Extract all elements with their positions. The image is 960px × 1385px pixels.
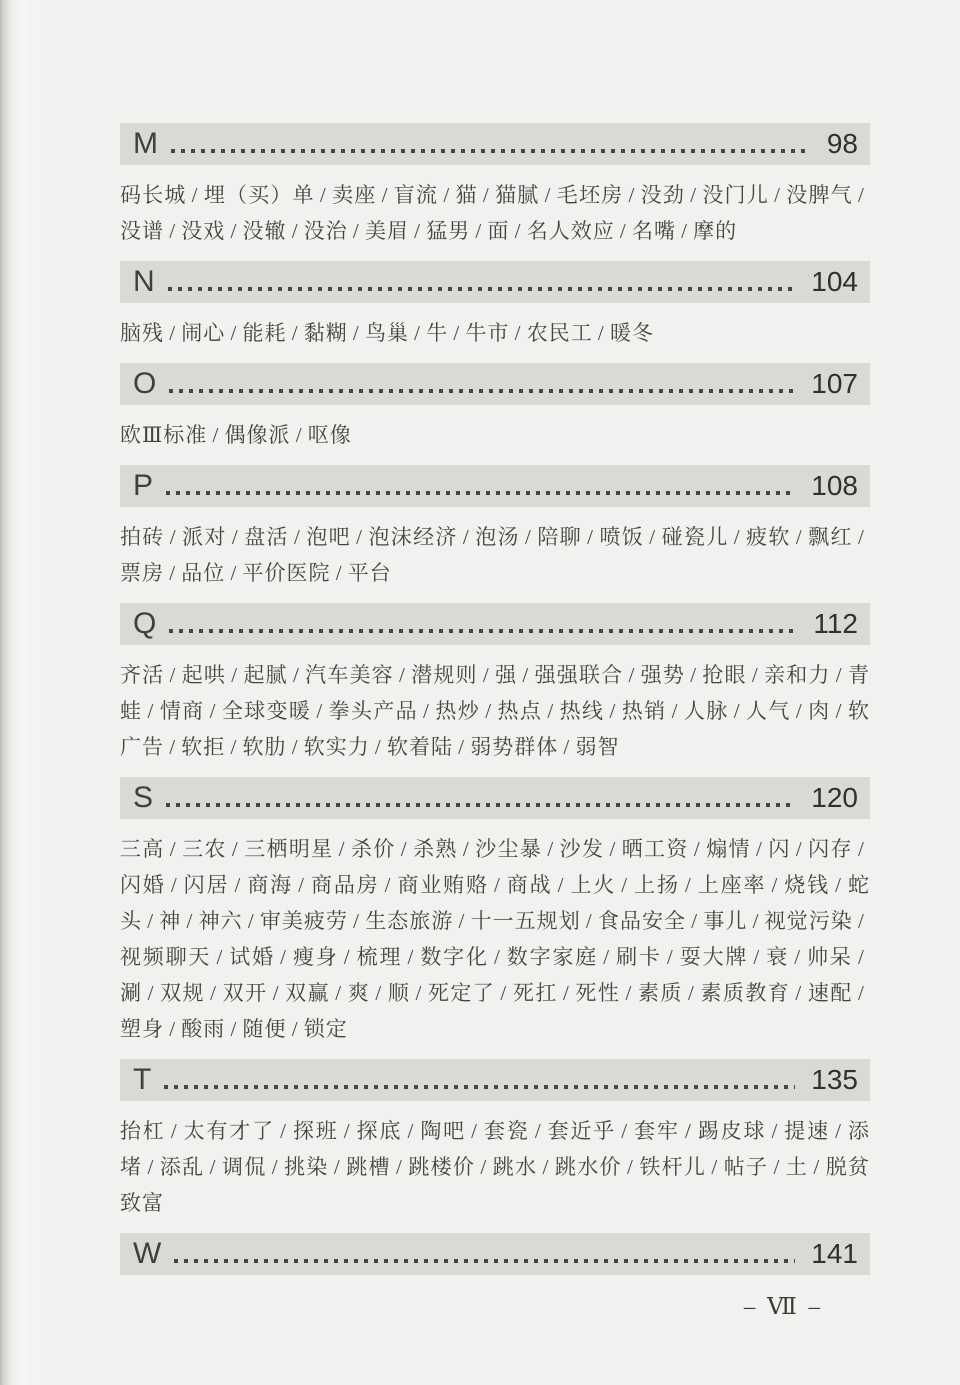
section-heading-bar: P108 [120,465,870,507]
section-letter: N [133,261,155,303]
section-page-number: 107 [811,363,858,405]
section-terms: 齐活 / 起哄 / 起腻 / 汽车美容 / 潜规则 / 强 / 强强联合 / 强… [120,657,870,765]
section-terms: 欧Ⅲ标准 / 偶像派 / 呕像 [120,417,870,453]
toc-section-q: Q112齐活 / 起哄 / 起腻 / 汽车美容 / 潜规则 / 强 / 强强联合… [120,603,870,765]
toc-section-s: S120三高 / 三农 / 三栖明星 / 杀价 / 杀熟 / 沙尘暴 / 沙发 … [120,777,870,1047]
section-heading-bar: Q112 [120,603,870,645]
dot-leader-icon [171,149,811,153]
section-terms: 码长城 / 埋（买）单 / 卖座 / 盲流 / 猫 / 猫腻 / 毛坯房 / 没… [120,177,870,249]
folio-text: – Ⅶ – [744,1294,823,1319]
toc-section-w: W141 [120,1233,870,1275]
section-page-number: 112 [813,603,858,645]
toc-section-o: O107欧Ⅲ标准 / 偶像派 / 呕像 [120,363,870,453]
dot-leader-icon [174,1259,795,1263]
section-heading-bar: W141 [120,1233,870,1275]
section-letter: W [133,1233,161,1275]
section-letter: M [133,123,158,165]
toc-section-n: N104脑残 / 闹心 / 能耗 / 黏糊 / 鸟巢 / 牛 / 牛市 / 农民… [120,261,870,351]
toc-section-p: P108拍砖 / 派对 / 盘活 / 泡吧 / 泡沫经济 / 泡汤 / 陪聊 /… [120,465,870,591]
dot-leader-icon [166,803,795,807]
section-letter: T [133,1059,151,1101]
toc-section-t: T135抬杠 / 太有才了 / 探班 / 探底 / 陶吧 / 套瓷 / 套近乎 … [120,1059,870,1221]
section-terms: 三高 / 三农 / 三栖明星 / 杀价 / 杀熟 / 沙尘暴 / 沙发 / 晒工… [120,831,870,1047]
page-footer-folio: – Ⅶ – [744,1294,823,1320]
section-page-number: 108 [811,465,858,507]
section-heading-bar: M98 [120,123,870,165]
section-letter: Q [133,603,156,645]
dot-leader-icon [168,287,796,291]
toc-section-m: M98码长城 / 埋（买）单 / 卖座 / 盲流 / 猫 / 猫腻 / 毛坯房 … [120,123,870,249]
section-heading-bar: T135 [120,1059,870,1101]
section-heading-bar: N104 [120,261,870,303]
section-page-number: 98 [827,123,858,165]
section-page-number: 135 [811,1059,858,1101]
section-page-number: 104 [811,261,858,303]
section-letter: S [133,777,153,819]
section-terms: 抬杠 / 太有才了 / 探班 / 探底 / 陶吧 / 套瓷 / 套近乎 / 套牢… [120,1113,870,1221]
section-page-number: 120 [811,777,858,819]
dot-leader-icon [169,629,797,633]
section-letter: P [133,465,153,507]
page-left-edge-shadow [0,0,48,1385]
dot-leader-icon [164,1085,795,1089]
toc-page: M98码长城 / 埋（买）单 / 卖座 / 盲流 / 猫 / 猫腻 / 毛坯房 … [120,123,870,1275]
section-page-number: 141 [811,1233,858,1275]
section-heading-bar: S120 [120,777,870,819]
section-terms: 脑残 / 闹心 / 能耗 / 黏糊 / 鸟巢 / 牛 / 牛市 / 农民工 / … [120,315,870,351]
section-terms: 拍砖 / 派对 / 盘活 / 泡吧 / 泡沫经济 / 泡汤 / 陪聊 / 喷饭 … [120,519,870,591]
section-heading-bar: O107 [120,363,870,405]
dot-leader-icon [169,389,795,393]
dot-leader-icon [166,491,795,495]
section-letter: O [133,363,156,405]
